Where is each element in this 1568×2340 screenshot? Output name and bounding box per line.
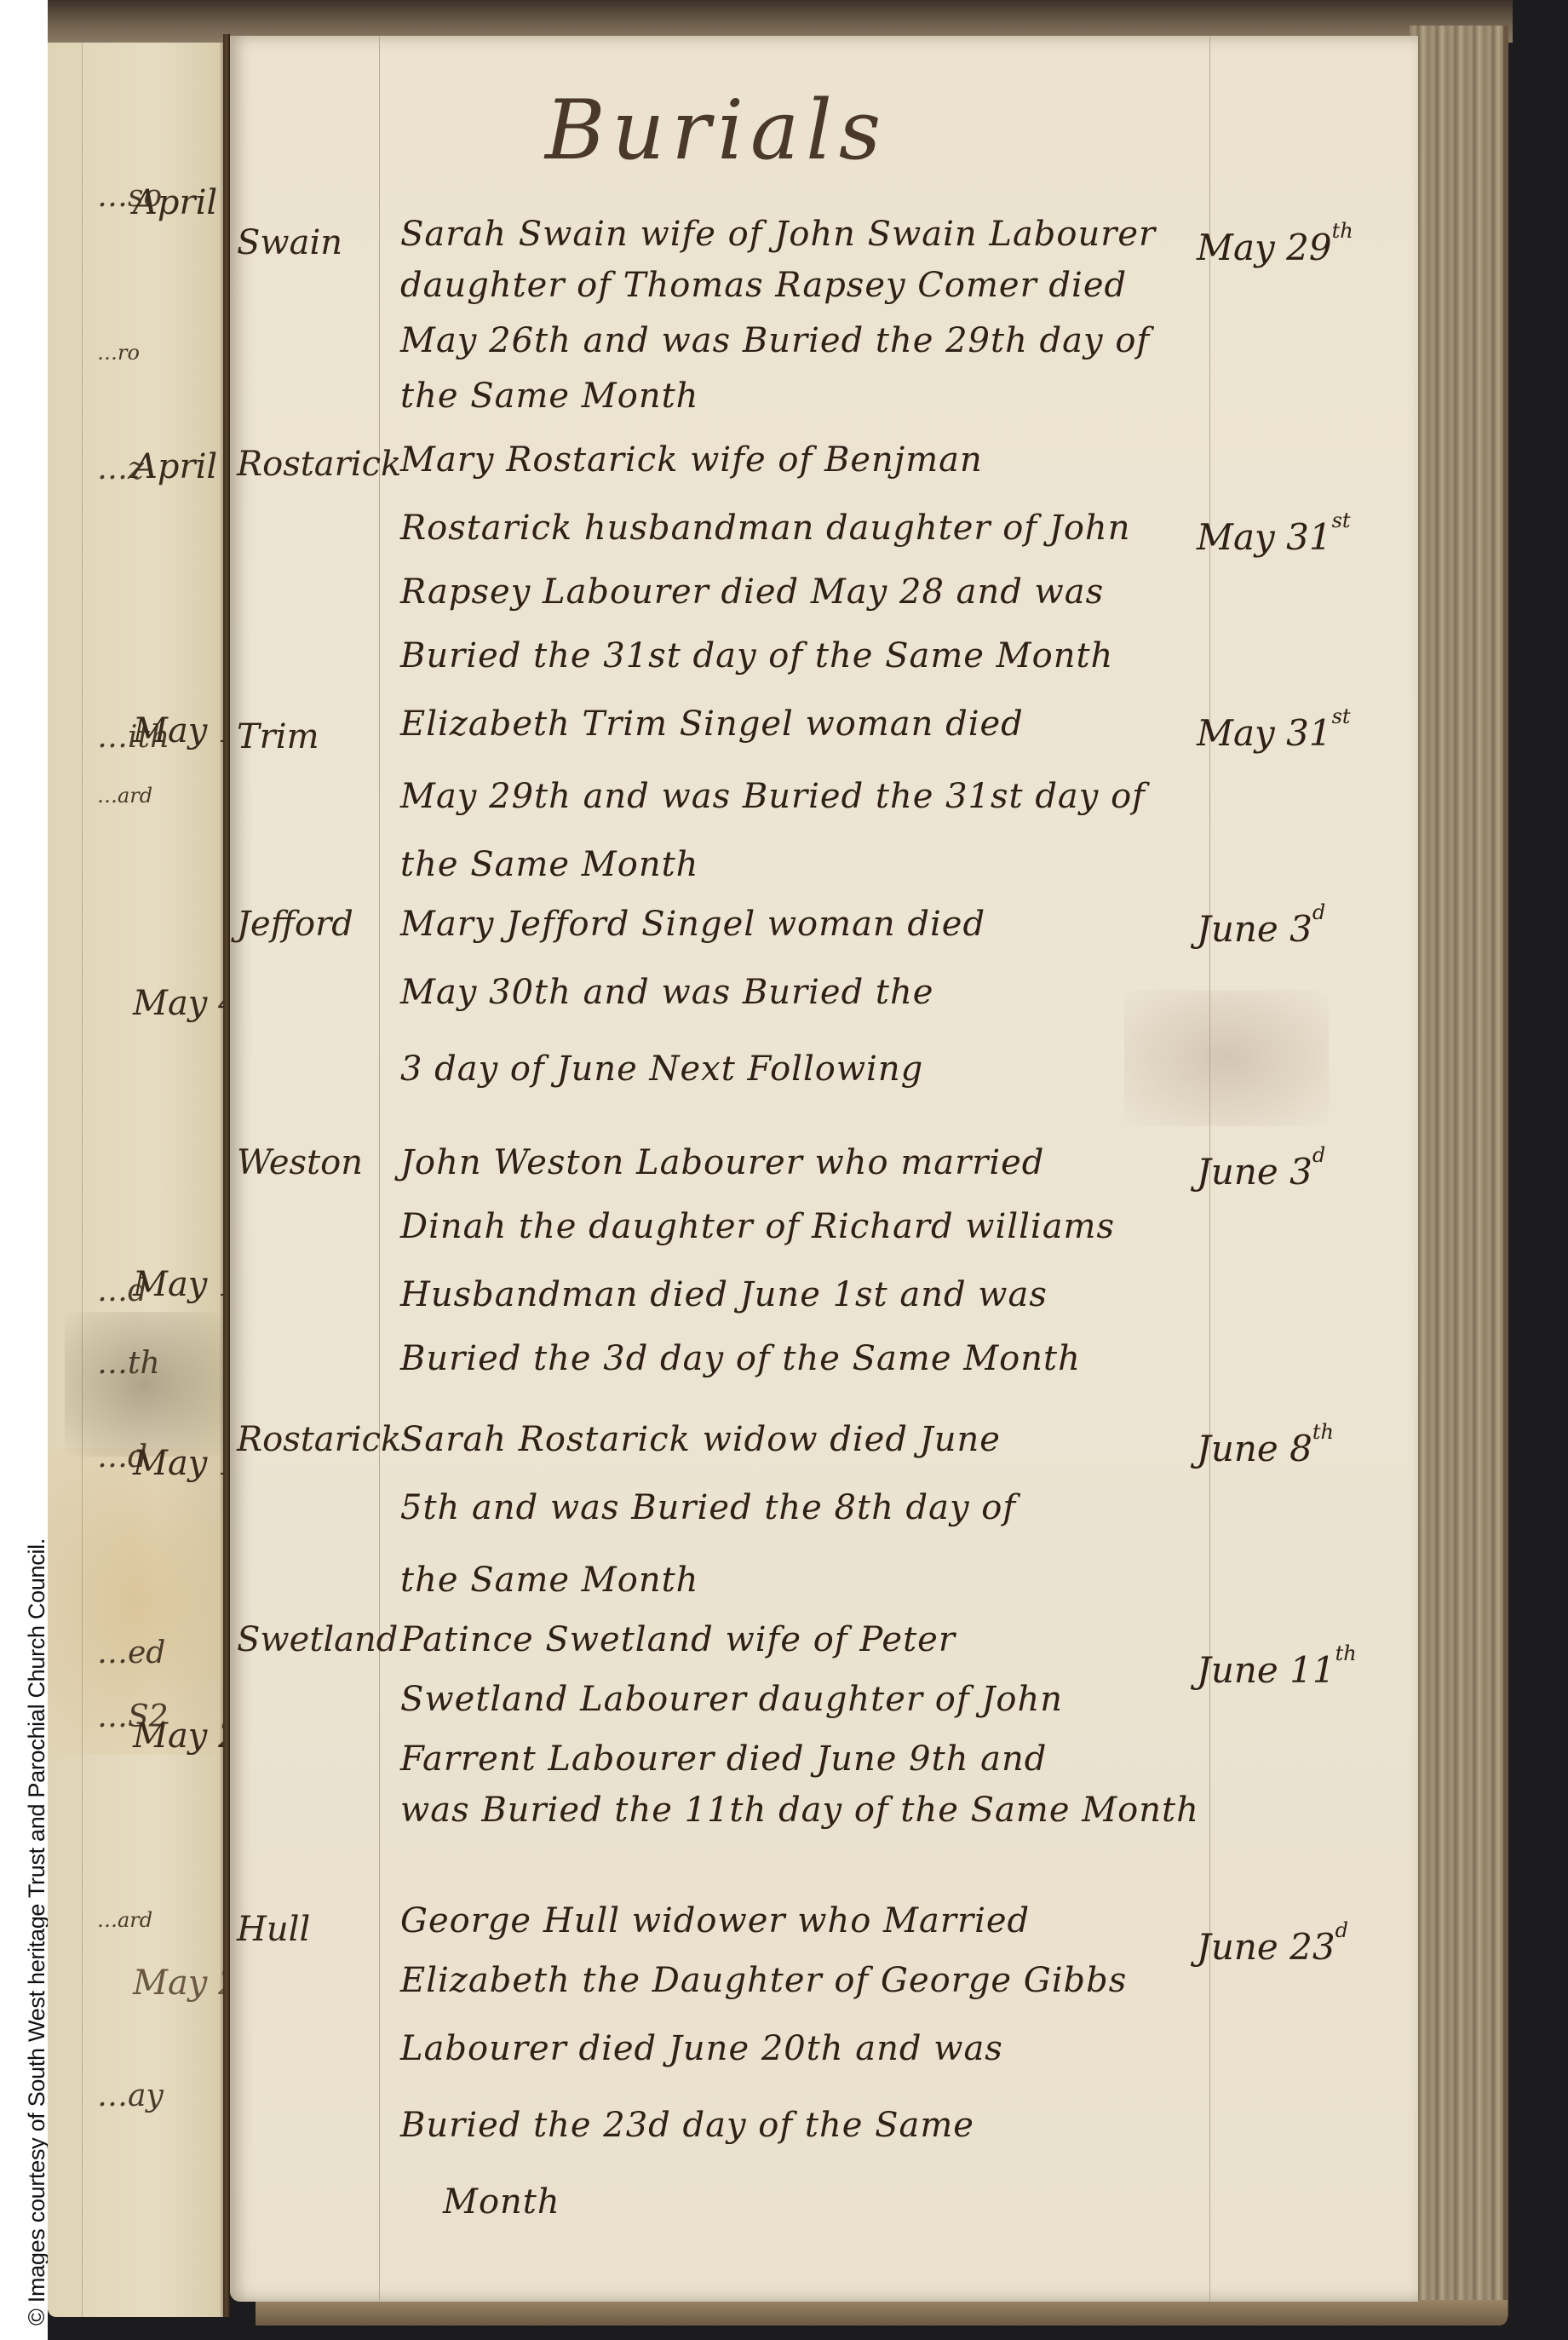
entry-text-line: Labourer died June 20th and was [400,2029,1003,2068]
page-stain [65,1312,227,1457]
book-bottom-edge [256,2300,1508,2326]
burial-date: May 31st [1197,509,1351,558]
burial-date: June 3d [1197,1143,1325,1193]
entry-text-line: Swetland Labourer daughter of John [400,1680,1063,1719]
entry-surname: Rostarick [237,1420,401,1459]
text-fragment: …ard [97,1908,152,1932]
entry-text-line: May 30th and was Buried the [400,973,933,1012]
surname-column-rule [379,36,380,2302]
burial-date: June 23d [1197,1918,1348,1968]
entry-text-line: Mary Rostarick wife of Benjman [400,440,983,480]
burial-date: May 29th [1197,219,1353,268]
entry-surname: Jefford [237,905,353,944]
entry-surname: Rostarick [237,445,401,484]
page-edges [1410,26,1508,2326]
credit-strip: © Images courtesy of South West heritage… [0,0,48,2340]
page-title: Burials [545,83,887,178]
entry-text-line: 5th and was Buried the 8th day of [400,1488,1016,1527]
entry-text-line: the Same Month [400,377,698,416]
entry-surname: Hull [237,1910,310,1949]
text-fragment: …ro [97,341,140,365]
burial-date: May 31st [1197,704,1351,754]
burial-date: June 8th [1197,1420,1334,1469]
entry-text-line: John Weston Labourer who married [400,1143,1044,1182]
entry-text-line: Mary Jefford Singel woman died [400,905,985,944]
text-fragment: …th [97,1346,160,1381]
entry-text-line: May 29th and was Buried the 31st day of [400,777,1146,816]
book-gutter [223,34,230,2317]
page-stain [1124,990,1329,1126]
entry-text-line: the Same Month [400,845,698,884]
entry-text-line: Rapsey Labourer died May 28 and was [400,572,1104,612]
entry-text-line: Patince Swetland wife of Peter [400,1620,956,1659]
entry-text-line: George Hull widower who Married [400,1901,1030,1940]
entry-surname: Swetland [237,1620,398,1659]
entry-text-line: Sarah Rostarick widow died June [400,1420,1001,1459]
entry-text-line: daughter of Thomas Rapsey Comer died [400,266,1127,305]
text-fragment: …ed [97,1636,165,1670]
entry-text-line: Sarah Swain wife of John Swain Labourer [400,215,1156,254]
entry-text-line: the Same Month [400,1561,698,1600]
entry-surname: Trim [237,717,319,756]
entry-text-line: Dinah the daughter of Richard williams [400,1207,1115,1246]
entry-surname: Weston [237,1143,363,1182]
entry-text-line: Elizabeth the Daughter of George Gibbs [400,1961,1127,2000]
entry-text-line: Elizabeth Trim Singel woman died [400,704,1024,744]
entry-text-line: 3 day of June Next Following [400,1049,923,1089]
text-fragment: …ay [97,2078,164,2113]
entry-text-line: Farrent Labourer died June 9th and [400,1739,1047,1779]
entry-text-line: May 26th and was Buried the 29th day of [400,321,1150,360]
text-fragment: …ard [97,784,152,808]
copyright-credit: © Images courtesy of South West heritage… [24,1538,50,2326]
burial-date: June 11th [1197,1641,1357,1691]
entry-surname: Swain [237,223,342,262]
entry-text-line: Husbandman died June 1st and was [400,1275,1048,1314]
entry-text-line: was Buried the 11th day of the Same Mont… [400,1791,1199,1830]
burial-date: June 3d [1197,900,1325,950]
entry-text-line: Rostarick husbandman daughter of John [400,509,1130,548]
entry-text-line: Buried the 31st day of the Same Month [400,636,1113,676]
entry-text-line: Month [443,2182,560,2222]
register-page: Burials Swain Sarah Swain wife of John S… [230,36,1418,2302]
facing-page-left: …so …ro …z …ith …ard …d …th …d …ed …S2 …… [48,0,228,2317]
entry-text-line: Buried the 3d day of the Same Month [400,1339,1081,1378]
entry-text-line: Buried the 23d day of the Same [400,2106,974,2145]
margin-rule [82,0,83,2317]
